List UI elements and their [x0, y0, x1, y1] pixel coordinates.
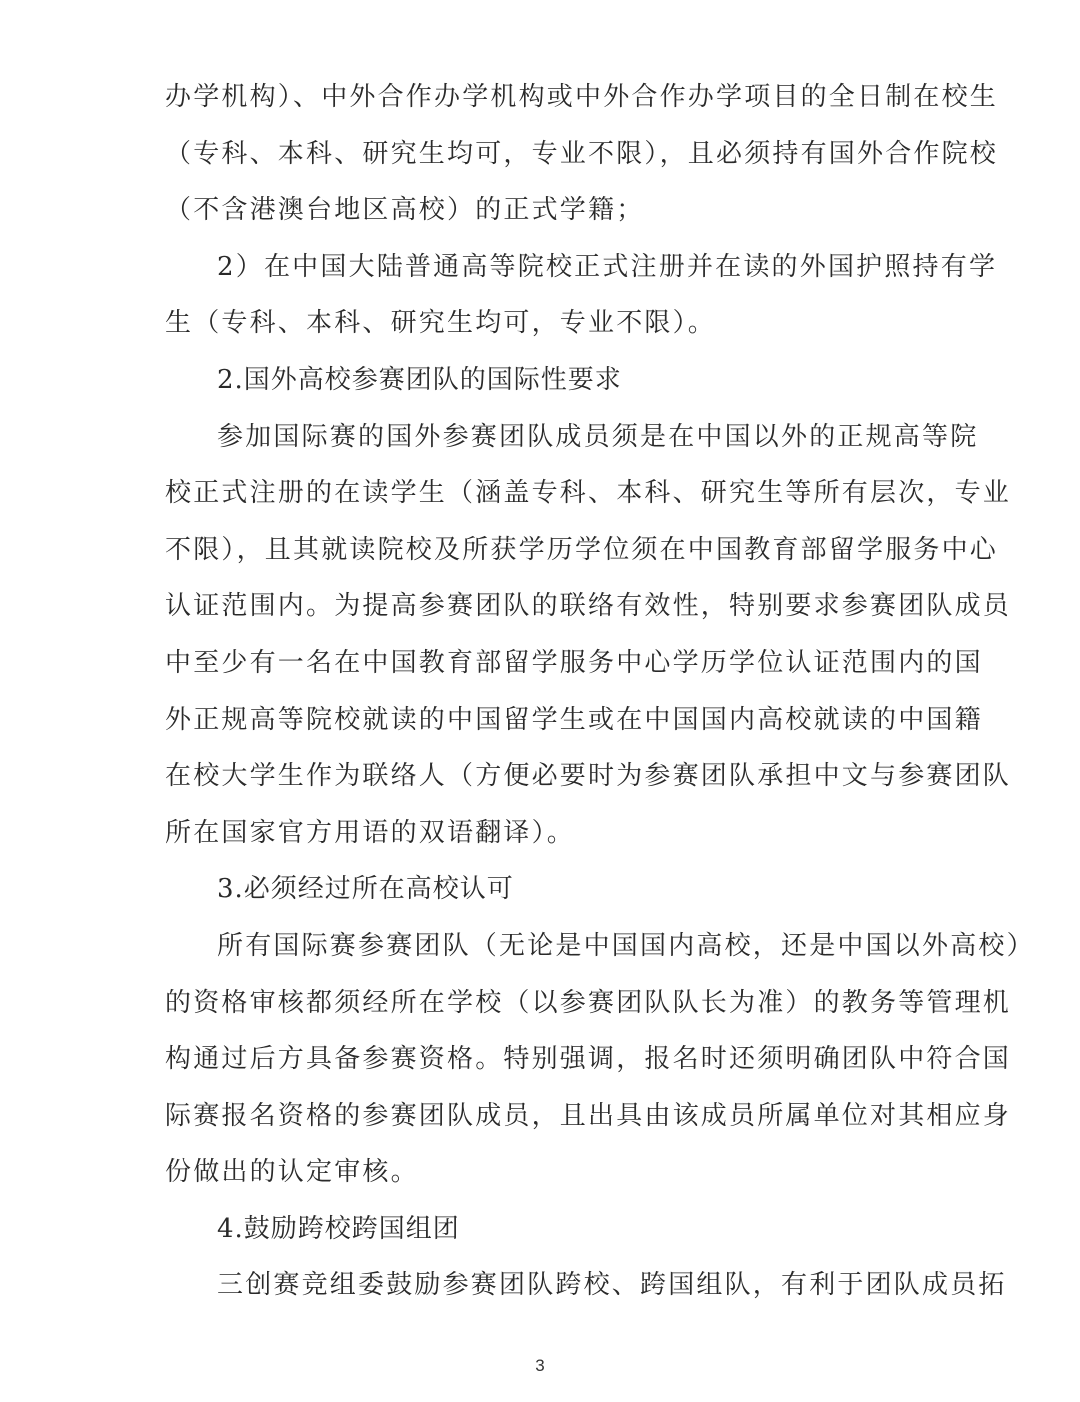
text-line: 构通过后方具备参赛资格。特别强调，报名时还须明确团队中符合国 [165, 1034, 917, 1091]
text-line: 校正式注册的在读学生（涵盖专科、本科、研究生等所有层次，专业 [165, 468, 917, 525]
paragraph-start: 三创赛竞组委鼓励参赛团队跨校、跨国组队，有利于团队成员拓 [165, 1260, 917, 1317]
text-line: 外正规高等院校就读的中国留学生或在中国国内高校就读的中国籍 [165, 695, 917, 752]
section-heading-2: 2.国外高校参赛团队的国际性要求 [165, 355, 917, 412]
document-body: 办学机构）、中外合作办学机构或中外合作办学项目的全日制在校生 （专科、本科、研究… [165, 72, 917, 1317]
text-line: 不限），且其就读院校及所获学历学位须在中国教育部留学服务中心 [165, 525, 917, 582]
text-line: 认证范围内。为提高参赛团队的联络有效性，特别要求参赛团队成员 [165, 581, 917, 638]
text-line: （不含港澳台地区高校）的正式学籍； [165, 185, 917, 242]
section-heading-3: 3.必须经过所在高校认可 [165, 864, 917, 921]
text-line: 生（专科、本科、研究生均可，专业不限）。 [165, 298, 917, 355]
page-number: 3 [0, 1356, 1080, 1376]
text-line: 份做出的认定审核。 [165, 1147, 917, 1204]
text-line: （专科、本科、研究生均可，专业不限），且必须持有国外合作院校 [165, 129, 917, 186]
list-item-2: 2）在中国大陆普通高等院校正式注册并在读的外国护照持有学 [165, 242, 917, 299]
text-line: 所在国家官方用语的双语翻译）。 [165, 808, 917, 865]
text-line: 的资格审核都须经所在学校（以参赛团队队长为准）的教务等管理机 [165, 978, 917, 1035]
document-page: 办学机构）、中外合作办学机构或中外合作办学项目的全日制在校生 （专科、本科、研究… [0, 0, 1080, 1402]
paragraph-start: 参加国际赛的国外参赛团队成员须是在中国以外的正规高等院 [165, 412, 917, 469]
section-heading-4: 4.鼓励跨校跨国组团 [165, 1204, 917, 1261]
text-line: 在校大学生作为联络人（方便必要时为参赛团队承担中文与参赛团队 [165, 751, 917, 808]
text-line: 办学机构）、中外合作办学机构或中外合作办学项目的全日制在校生 [165, 72, 917, 129]
text-line: 际赛报名资格的参赛团队成员，且出具由该成员所属单位对其相应身 [165, 1091, 917, 1148]
text-line: 中至少有一名在中国教育部留学服务中心学历学位认证范围内的国 [165, 638, 917, 695]
paragraph-start: 所有国际赛参赛团队（无论是中国国内高校，还是中国以外高校） [165, 921, 917, 978]
